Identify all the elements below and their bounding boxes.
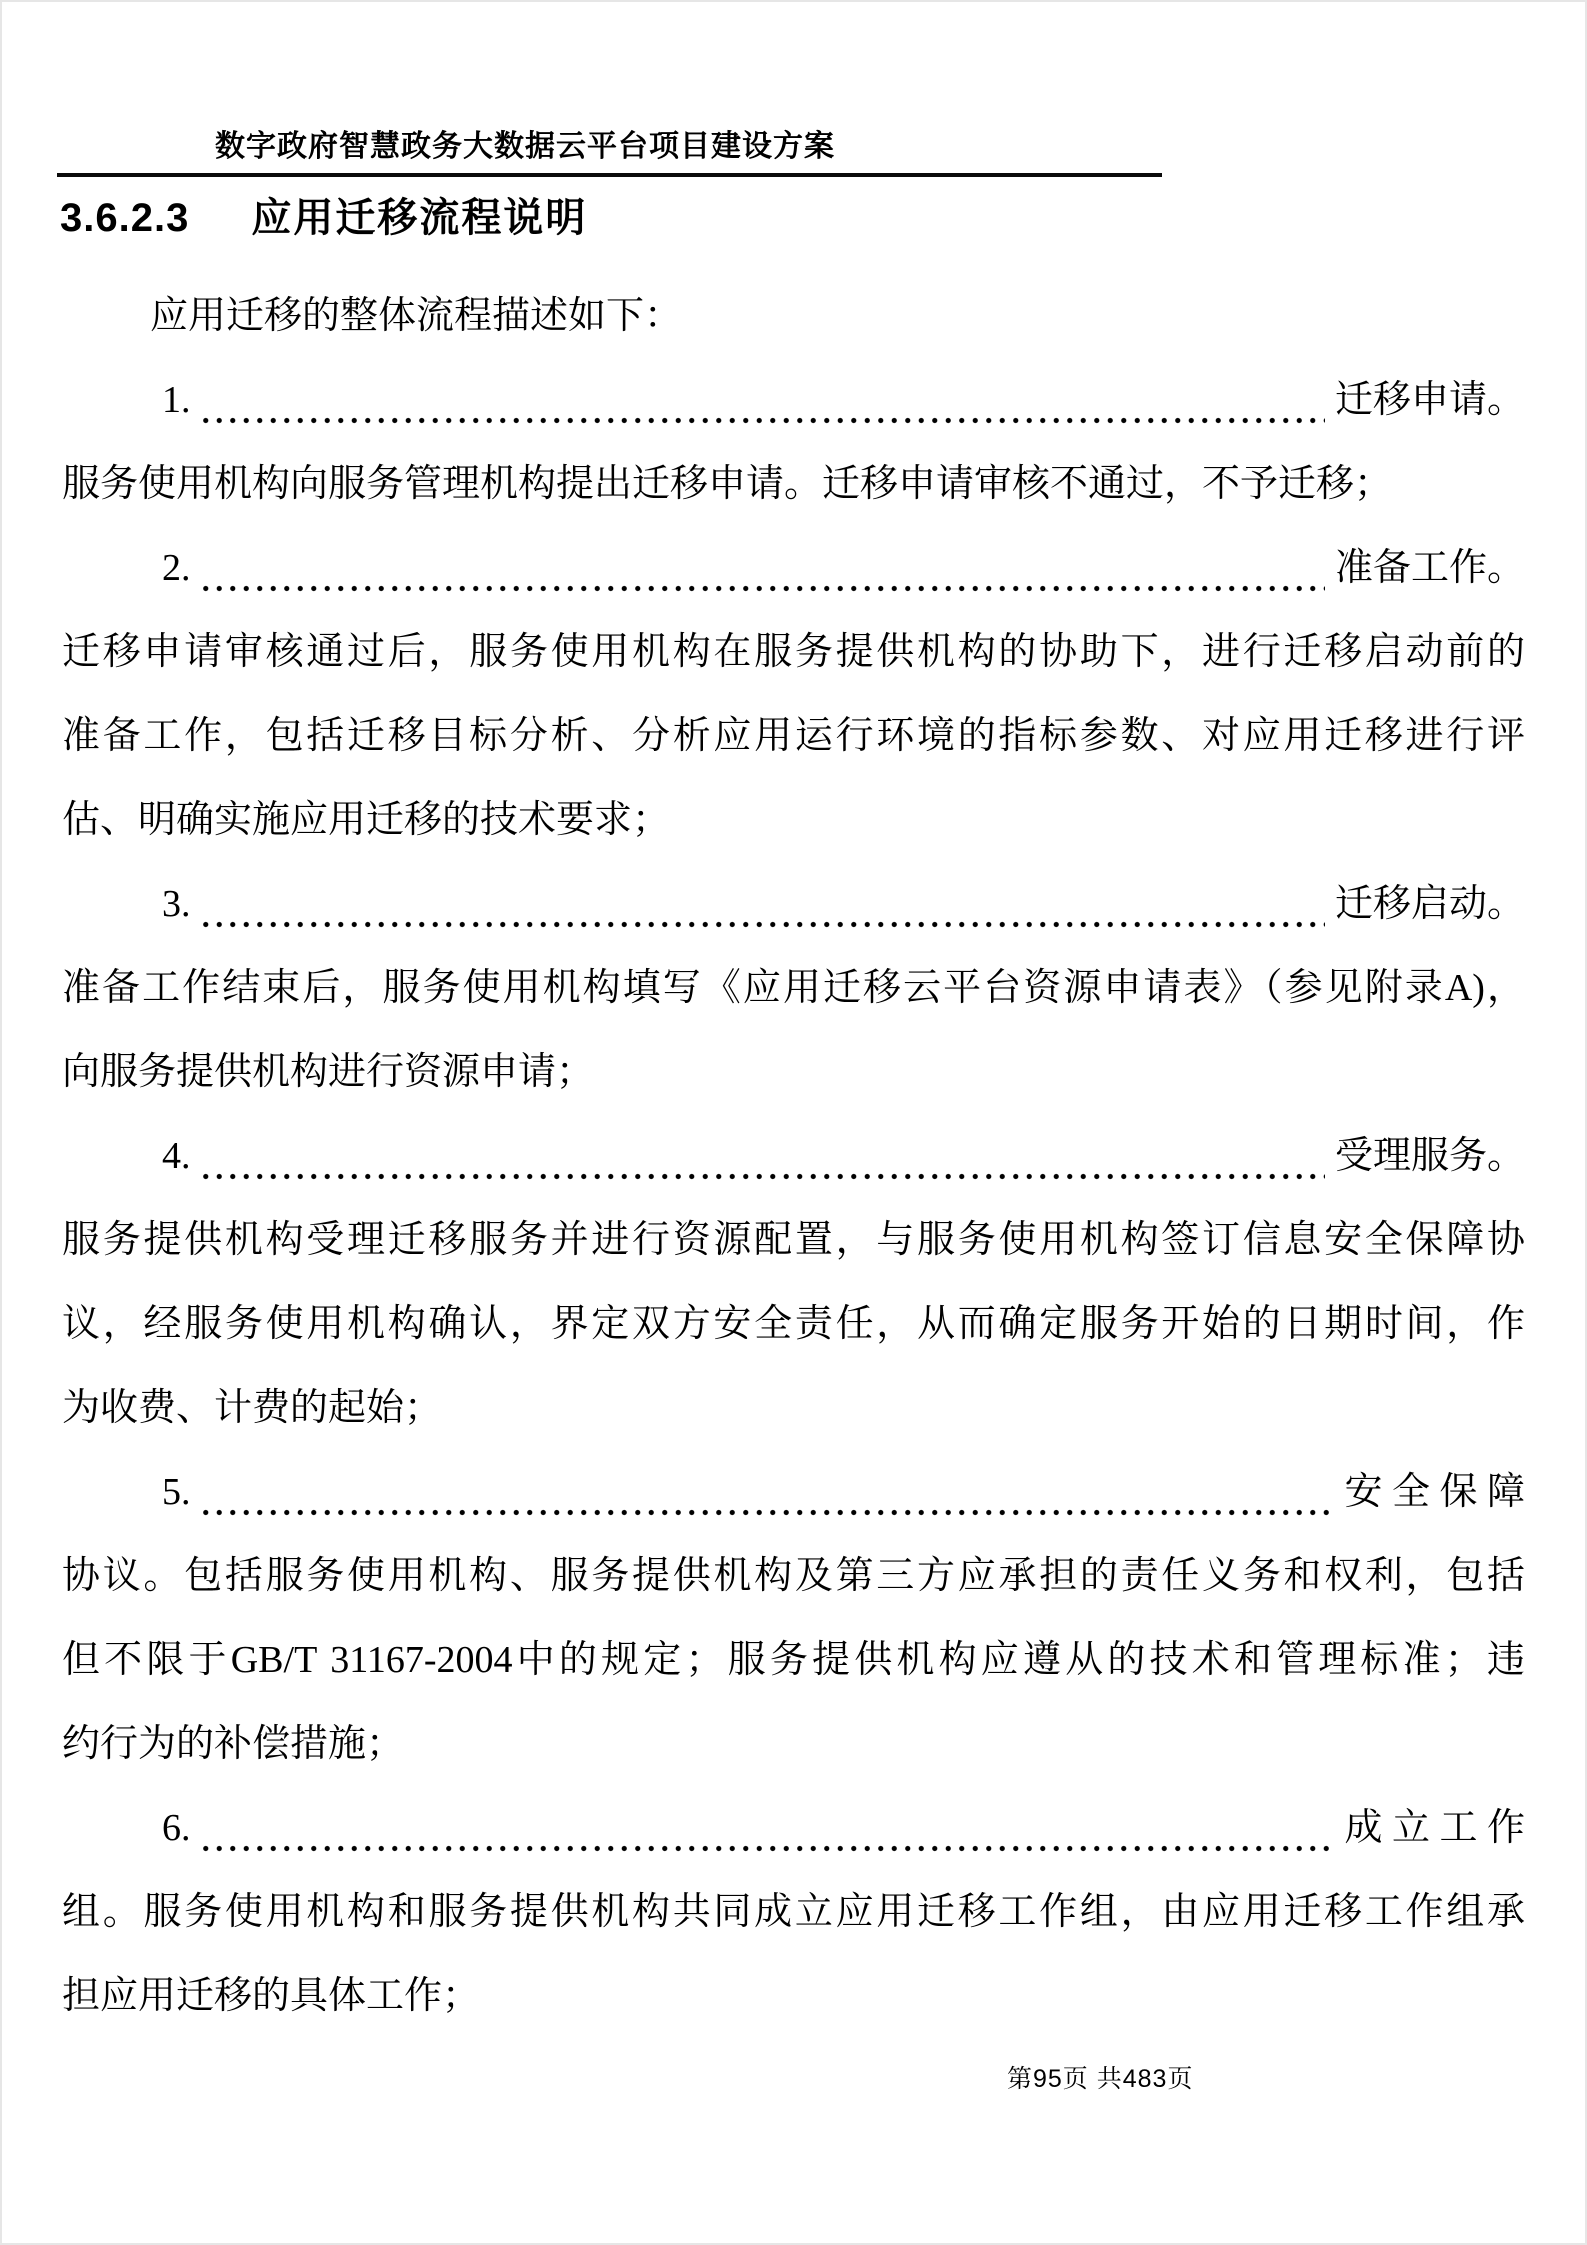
paragraph-line: 但不限于GB/T 31167-2004中的规定；服务提供机构应遵从的技术和管理标… — [62, 1618, 1525, 1702]
numbered-item: 4.受理服务。 — [62, 1114, 1525, 1198]
paragraph-line: 议，经服务使用机构确认，界定双方安全责任，从而确定服务开始的日期时间，作 — [62, 1282, 1525, 1366]
item-label: 准备工作。 — [1335, 526, 1525, 610]
item-number: 2. — [162, 526, 191, 610]
page-number: 第95页 共483页 — [1007, 2064, 1193, 2094]
dot-leader — [199, 920, 1325, 929]
paragraph-line: 准备工作结束后，服务使用机构填写《应用迁移云平台资源申请表》（参见附录A)， — [62, 946, 1525, 1030]
dot-leader — [199, 584, 1325, 593]
paragraph-line: 准备工作，包括迁移目标分析、分析应用运行环境的指标参数、对应用迁移进行评 — [62, 694, 1525, 778]
paragraph-line: 迁移申请审核通过后，服务使用机构在服务提供机构的协助下，进行迁移启动前的 — [62, 610, 1525, 694]
document-header-title: 数字政府智慧政务大数据云平台项目建设方案 — [57, 130, 1162, 164]
dot-leader — [199, 1172, 1325, 1181]
numbered-item: 3.迁移启动。 — [62, 862, 1525, 946]
paragraph-line: 估、明确实施应用迁移的技术要求； — [62, 778, 1525, 862]
paragraph-line: 服务使用机构向服务管理机构提出迁移申请。迁移申请审核不通过，不予迁移； — [62, 442, 1525, 526]
item-label: 受理服务。 — [1335, 1114, 1525, 1198]
numbered-item: 1.迁移申请。 — [62, 358, 1525, 442]
numbered-item: 5.安 全 保 障 — [62, 1450, 1525, 1534]
numbered-item: 6.成 立 工 作 — [62, 1786, 1525, 1870]
item-number: 3. — [162, 862, 191, 946]
item-number: 5. — [162, 1450, 191, 1534]
document-header: 数字政府智慧政务大数据云平台项目建设方案 — [57, 130, 1162, 177]
dot-leader — [199, 1508, 1335, 1517]
dot-leader — [199, 416, 1325, 425]
body-lines-container: 1.迁移申请。服务使用机构向服务管理机构提出迁移申请。迁移申请审核不通过，不予迁… — [62, 358, 1525, 2038]
numbered-item: 2.准备工作。 — [62, 526, 1525, 610]
paragraph-line: 组。服务使用机构和服务提供机构共同成立应用迁移工作组，由应用迁移工作组承 — [62, 1870, 1525, 1954]
document-page: 数字政府智慧政务大数据云平台项目建设方案 3.6.2.3应用迁移流程说明 应用迁… — [0, 0, 1587, 2245]
item-label: 迁移申请。 — [1335, 358, 1525, 442]
paragraph-line: 向服务提供机构进行资源申请； — [62, 1030, 1525, 1114]
document-body: 应用迁移的整体流程描述如下： 1.迁移申请。服务使用机构向服务管理机构提出迁移申… — [62, 274, 1525, 2038]
paragraph-line: 协议。包括服务使用机构、服务提供机构及第三方应承担的责任义务和权利，包括 — [62, 1534, 1525, 1618]
section-heading: 3.6.2.3应用迁移流程说明 — [60, 194, 587, 242]
intro-paragraph: 应用迁移的整体流程描述如下： — [62, 274, 1525, 358]
paragraph-line: 担应用迁移的具体工作； — [62, 1954, 1525, 2038]
item-number: 4. — [162, 1114, 191, 1198]
paragraph-line: 约行为的补偿措施； — [62, 1702, 1525, 1786]
dot-leader — [199, 1844, 1335, 1853]
item-label: 安 全 保 障 — [1344, 1450, 1525, 1534]
paragraph-line: 为收费、计费的起始； — [62, 1366, 1525, 1450]
item-label: 成 立 工 作 — [1344, 1786, 1525, 1870]
paragraph-line: 服务提供机构受理迁移服务并进行资源配置，与服务使用机构签订信息安全保障协 — [62, 1198, 1525, 1282]
item-number: 6. — [162, 1786, 191, 1870]
section-heading-number: 3.6.2.3 — [60, 196, 189, 240]
item-number: 1. — [162, 358, 191, 442]
section-heading-text: 应用迁移流程说明 — [251, 195, 587, 240]
item-label: 迁移启动。 — [1335, 862, 1525, 946]
